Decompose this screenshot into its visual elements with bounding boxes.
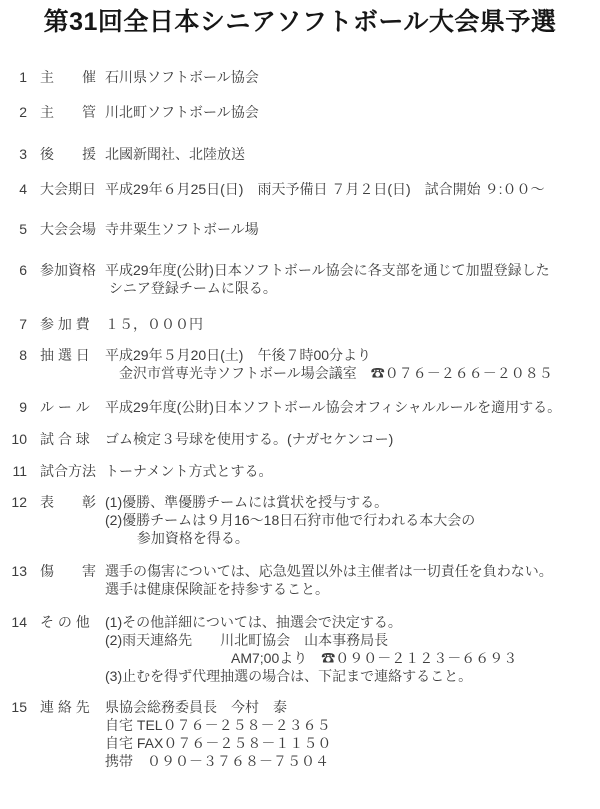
item-content-line: (3)止むを得ず代理抽選の場合は、下記まで連絡すること。 [105, 667, 600, 685]
item-content-line: (1)その他詳細については、抽選会で決定する。 [105, 613, 600, 631]
item-number: 6 [0, 261, 27, 279]
item-number: 12 [0, 493, 27, 511]
item-content-line: 金沢市営専光寺ソフトボール場会議室 ☎０７６－２６６－２０８５ [105, 364, 600, 382]
item-label: そ の 他 [40, 613, 100, 631]
item-row-11: 11 試合方法 トーナメント方式とする。 [0, 462, 600, 480]
item-number: 15 [0, 698, 27, 716]
item-row-12: 12 表 彰 (1)優勝、準優勝チームには賞状を授与する。 (2)優勝チームは９… [0, 493, 600, 547]
item-content-line: 平成29年６月25日(日) 雨天予備日 ７月２日(日) 試合開始 ９:００～ [105, 180, 600, 198]
item-content-line: 携帯 ０９０－３７６８－７５０４ [105, 752, 600, 770]
item-row-15: 15 連 絡 先 県協会総務委員長 今村 泰 自宅 TEL０７６－２５８－２３６… [0, 698, 600, 770]
item-row-14: 14 そ の 他 (1)その他詳細については、抽選会で決定する。 (2)雨天連絡… [0, 613, 600, 685]
item-content-line: 自宅 TEL０７６－２５８－２３６５ [105, 716, 600, 734]
item-row-1: 1 主 催 石川県ソフトボール協会 [0, 68, 600, 86]
item-number: 9 [0, 398, 27, 416]
item-number: 1 [0, 68, 27, 86]
item-content-line: 平成29年度(公財)日本ソフトボール協会オフィシャルルールを適用する。 [105, 398, 600, 416]
item-number: 14 [0, 613, 27, 631]
item-number: 13 [0, 562, 27, 580]
item-label: 傷 害 [40, 562, 100, 580]
item-content-line: 北國新聞社、北陸放送 [105, 145, 600, 163]
item-content-line: 平成29年度(公財)日本ソフトボール協会に各支部を通じて加盟登録した [105, 261, 600, 279]
item-content-line: 石川県ソフトボール協会 [105, 68, 600, 86]
item-content-line: 平成29年５月20日(土) 午後７時00分より [105, 346, 600, 364]
item-label: 参 加 費 [40, 315, 100, 333]
item-label: 大会期日 [40, 180, 100, 198]
item-content-line: (2)優勝チームは９月16～18日石狩市他で行われる本大会の [105, 511, 600, 529]
item-label: 後 援 [40, 145, 100, 163]
item-label: 抽 選 日 [40, 346, 100, 364]
item-content-line: 寺井粟生ソフトボール場 [105, 220, 600, 238]
item-content-line: 自宅 FAX０７６－２５８－１１５０ [105, 734, 600, 752]
item-row-10: 10 試 合 球 ゴム検定３号球を使用する。(ナガセケンコー) [0, 430, 600, 448]
item-content-line: 県協会総務委員長 今村 泰 [105, 698, 600, 716]
item-row-8: 8 抽 選 日 平成29年５月20日(土) 午後７時00分より 金沢市営専光寺ソ… [0, 346, 600, 382]
item-content-line: 選手は健康保険証を持参すること。 [105, 580, 600, 598]
item-content-line: ゴム検定３号球を使用する。(ナガセケンコー) [105, 430, 600, 448]
item-row-4: 4 大会期日 平成29年６月25日(日) 雨天予備日 ７月２日(日) 試合開始 … [0, 180, 600, 198]
item-content-line: １５，０００円 [105, 315, 600, 333]
item-content-line: (1)優勝、準優勝チームには賞状を授与する。 [105, 493, 600, 511]
item-row-5: 5 大会会場 寺井粟生ソフトボール場 [0, 220, 600, 238]
item-number: 3 [0, 145, 27, 163]
item-label: 表 彰 [40, 493, 100, 511]
item-number: 10 [0, 430, 27, 448]
item-content-line: 川北町ソフトボール協会 [105, 103, 600, 121]
document-page: 第31回全日本シニアソフトボール大会県予選 1 主 催 石川県ソフトボール協会 … [0, 6, 600, 809]
item-row-2: 2 主 管 川北町ソフトボール協会 [0, 103, 600, 121]
item-row-3: 3 後 援 北國新聞社、北陸放送 [0, 145, 600, 163]
item-number: 5 [0, 220, 27, 238]
item-content-line: AM7;00より ☎０９０－２１２３－６６９３ [105, 649, 600, 667]
item-label: 連 絡 先 [40, 698, 100, 716]
item-content-line: シニア登録チームに限る。 [105, 279, 600, 297]
item-label: 試 合 球 [40, 430, 100, 448]
item-label: 主 催 [40, 68, 100, 86]
item-number: 8 [0, 346, 27, 364]
item-label: 主 管 [40, 103, 100, 121]
item-row-6: 6 参加資格 平成29年度(公財)日本ソフトボール協会に各支部を通じて加盟登録し… [0, 261, 600, 297]
item-label: 大会会場 [40, 220, 100, 238]
item-row-7: 7 参 加 費 １５，０００円 [0, 315, 600, 333]
page-title: 第31回全日本シニアソフトボール大会県予選 [0, 6, 600, 38]
item-number: 4 [0, 180, 27, 198]
item-number: 11 [0, 462, 27, 480]
item-label: 試合方法 [40, 462, 100, 480]
item-content-line: 参加資格を得る。 [105, 529, 600, 547]
item-content-line: 選手の傷害については、応急処置以外は主催者は一切責任を負わない。 [105, 562, 600, 580]
item-label: ル ー ル [40, 398, 100, 416]
item-content-line: トーナメント方式とする。 [105, 462, 600, 480]
item-number: 2 [0, 103, 27, 121]
item-row-9: 9 ル ー ル 平成29年度(公財)日本ソフトボール協会オフィシャルルールを適用… [0, 398, 600, 416]
item-content-line: (2)雨天連絡先 川北町協会 山本事務局長 [105, 631, 600, 649]
item-row-13: 13 傷 害 選手の傷害については、応急処置以外は主催者は一切責任を負わない。 … [0, 562, 600, 598]
item-number: 7 [0, 315, 27, 333]
item-label: 参加資格 [40, 261, 100, 279]
